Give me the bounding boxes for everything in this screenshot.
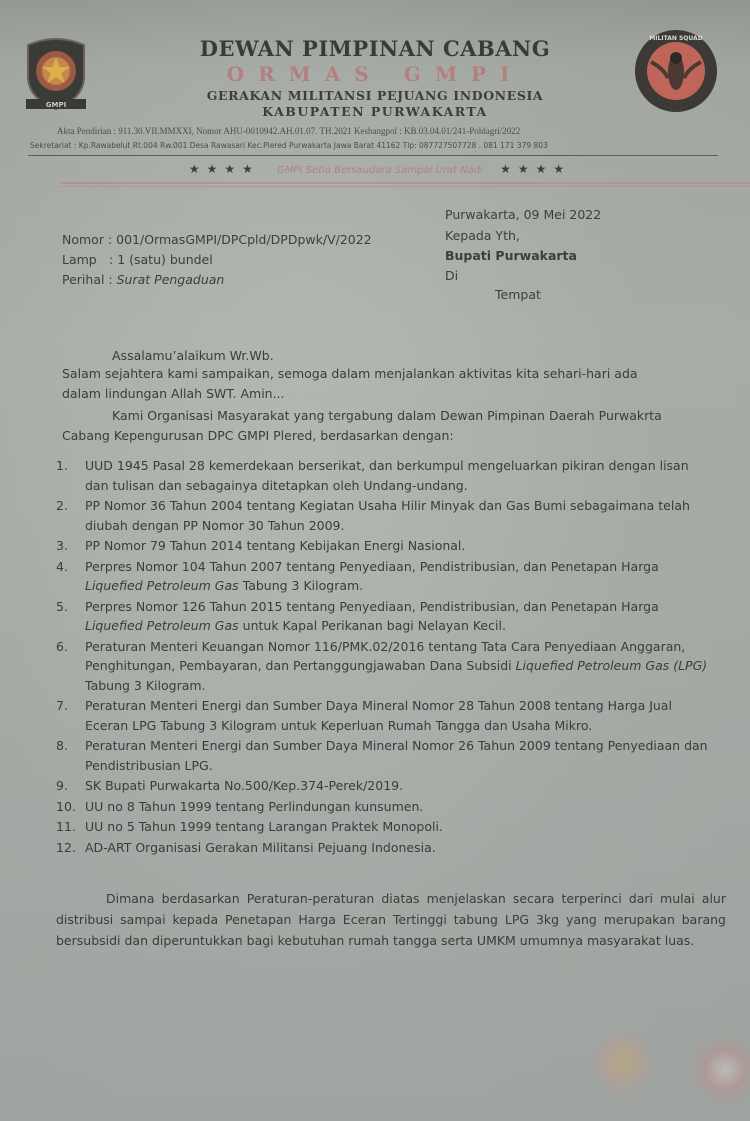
list-item: 2.PP Nomor 36 Tahun 2004 tentang Kegiata… bbox=[56, 496, 716, 535]
intro-line-2: Cabang Kepengurusan DPC GMPI Plered, ber… bbox=[62, 428, 454, 443]
place-date: Purwakarta, 09 Mei 2022 bbox=[445, 207, 601, 222]
list-item: 11.UU no 5 Tahun 1999 tentang Larangan P… bbox=[56, 817, 716, 837]
militan-squad-stamp-icon bbox=[690, 1035, 750, 1105]
legal-basis-list: 1.UUD 1945 Pasal 28 kemerdekaan berserik… bbox=[56, 456, 716, 858]
list-item-number: 1. bbox=[56, 456, 68, 476]
list-item: 4.Perpres Nomor 104 Tahun 2007 tentang P… bbox=[56, 557, 716, 596]
list-item: 5.Perpres Nomor 126 Tahun 2015 tentang P… bbox=[56, 597, 716, 636]
salutation-to: Kepada Yth, bbox=[445, 228, 520, 243]
list-item: 12.AD-ART Organisasi Gerakan Militansi P… bbox=[56, 838, 716, 858]
recipient-di: Di bbox=[445, 268, 458, 283]
list-item-text: Perpres Nomor 126 Tahun 2015 tentang Pen… bbox=[85, 599, 659, 634]
secretariat-address: Sekretariat : Kp.Rawabelut Rt.004 Rw.001… bbox=[30, 141, 548, 150]
letterhead-org-name: ORMAS GMPI bbox=[140, 62, 610, 86]
list-item-number: 2. bbox=[56, 496, 68, 516]
list-item-number: 10. bbox=[56, 797, 76, 817]
list-item-text: UUD 1945 Pasal 28 kemerdekaan berserikat… bbox=[85, 458, 689, 493]
recipient: Bupati Purwakarta bbox=[445, 248, 577, 263]
militan-squad-badge-icon: MILITAN SQUAD bbox=[633, 28, 719, 114]
list-item: 6.Peraturan Menteri Keuangan Nomor 116/P… bbox=[56, 637, 716, 696]
recipient-place: Tempat bbox=[495, 287, 541, 302]
list-item-text: Peraturan Menteri Energi dan Sumber Daya… bbox=[85, 698, 672, 733]
list-item: 10.UU no 8 Tahun 1999 tentang Perlindung… bbox=[56, 797, 716, 817]
subject: Perihal : Surat Pengaduan bbox=[62, 272, 224, 287]
list-item: 9.SK Bupati Purwakarta No.500/Kep.374-Pe… bbox=[56, 776, 716, 796]
greeting: Assalamu’alaikum Wr.Wb. bbox=[112, 348, 274, 363]
registration-info: Akta Pendirian : 911.30.VII.MMXXI, Nomor… bbox=[57, 126, 520, 136]
opening-line-1: Salam sejahtera kami sampaikan, semoga d… bbox=[62, 366, 638, 381]
tagline-divider bbox=[60, 182, 750, 184]
list-item-number: 5. bbox=[56, 597, 68, 617]
list-item-text: SK Bupati Purwakarta No.500/Kep.374-Pere… bbox=[85, 778, 403, 793]
list-item-number: 6. bbox=[56, 637, 68, 657]
list-item: 8.Peraturan Menteri Energi dan Sumber Da… bbox=[56, 736, 716, 775]
list-item-text: Perpres Nomor 104 Tahun 2007 tentang Pen… bbox=[85, 559, 659, 594]
list-item-number: 3. bbox=[56, 536, 68, 556]
list-item-text: UU no 8 Tahun 1999 tentang Perlindungan … bbox=[85, 799, 423, 814]
list-item-number: 11. bbox=[56, 817, 76, 837]
letterhead-region: KABUPATEN PURWAKARTA bbox=[140, 104, 610, 119]
opening-line-2: dalam lindungan Allah SWT. Amin... bbox=[62, 386, 285, 401]
letter-number-value: 001/OrmasGMPI/DPCpld/DPDpwk/V/2022 bbox=[116, 232, 372, 247]
list-item-text: Peraturan Menteri Energi dan Sumber Daya… bbox=[85, 738, 708, 773]
list-item-text: AD-ART Organisasi Gerakan Militansi Peju… bbox=[85, 840, 436, 855]
tagline: ★★★★ GMPI Setia Bersaudara Sampai Urat N… bbox=[150, 162, 610, 176]
stars-left-icon: ★★★★ bbox=[189, 162, 260, 176]
intro-line-1: Kami Organisasi Masyarakat yang tergabun… bbox=[112, 408, 662, 423]
list-item-number: 4. bbox=[56, 557, 68, 577]
letter-page: GMPI MILITAN SQUAD DEWAN PIMPINAN CABANG… bbox=[0, 0, 750, 1121]
svg-text:GMPI: GMPI bbox=[46, 101, 66, 109]
attachment: Lamp: 1 (satu) bundel bbox=[62, 252, 213, 267]
gmpi-star-shield-logo-icon: GMPI bbox=[22, 35, 90, 117]
list-item-text: PP Nomor 79 Tahun 2014 tentang Kebijakan… bbox=[85, 538, 465, 553]
gmpi-stamp-icon bbox=[590, 1030, 656, 1096]
closing-paragraph: Dimana berdasarkan Peraturan-peraturan d… bbox=[56, 888, 726, 951]
letterhead-title: DEWAN PIMPINAN CABANG bbox=[140, 36, 610, 61]
list-item-text: Peraturan Menteri Keuangan Nomor 116/PMK… bbox=[85, 639, 707, 693]
motto: GMPI Setia Bersaudara Sampai Urat Nadi bbox=[277, 165, 483, 176]
stars-right-icon: ★★★★ bbox=[500, 162, 571, 176]
list-item: 1.UUD 1945 Pasal 28 kemerdekaan berserik… bbox=[56, 456, 716, 495]
list-item: 3.PP Nomor 79 Tahun 2014 tentang Kebijak… bbox=[56, 536, 716, 556]
svg-text:MILITAN SQUAD: MILITAN SQUAD bbox=[649, 35, 702, 42]
list-item-number: 7. bbox=[56, 696, 68, 716]
list-item: 7.Peraturan Menteri Energi dan Sumber Da… bbox=[56, 696, 716, 735]
list-item-text: UU no 5 Tahun 1999 tentang Larangan Prak… bbox=[85, 819, 443, 834]
list-item-text: PP Nomor 36 Tahun 2004 tentang Kegiatan … bbox=[85, 498, 690, 533]
list-item-number: 9. bbox=[56, 776, 68, 796]
list-item-number: 12. bbox=[56, 838, 76, 858]
header-divider bbox=[28, 155, 718, 156]
letter-number: Nomor : 001/OrmasGMPI/DPCpld/DPDpwk/V/20… bbox=[62, 232, 372, 247]
letterhead-org-full-name: GERAKAN MILITANSI PEJUANG INDONESIA bbox=[140, 88, 610, 103]
subject-value: Surat Pengaduan bbox=[117, 272, 225, 287]
attachment-value: 1 (satu) bundel bbox=[117, 252, 213, 267]
tagline-divider-thin bbox=[60, 186, 750, 187]
list-item-number: 8. bbox=[56, 736, 68, 756]
